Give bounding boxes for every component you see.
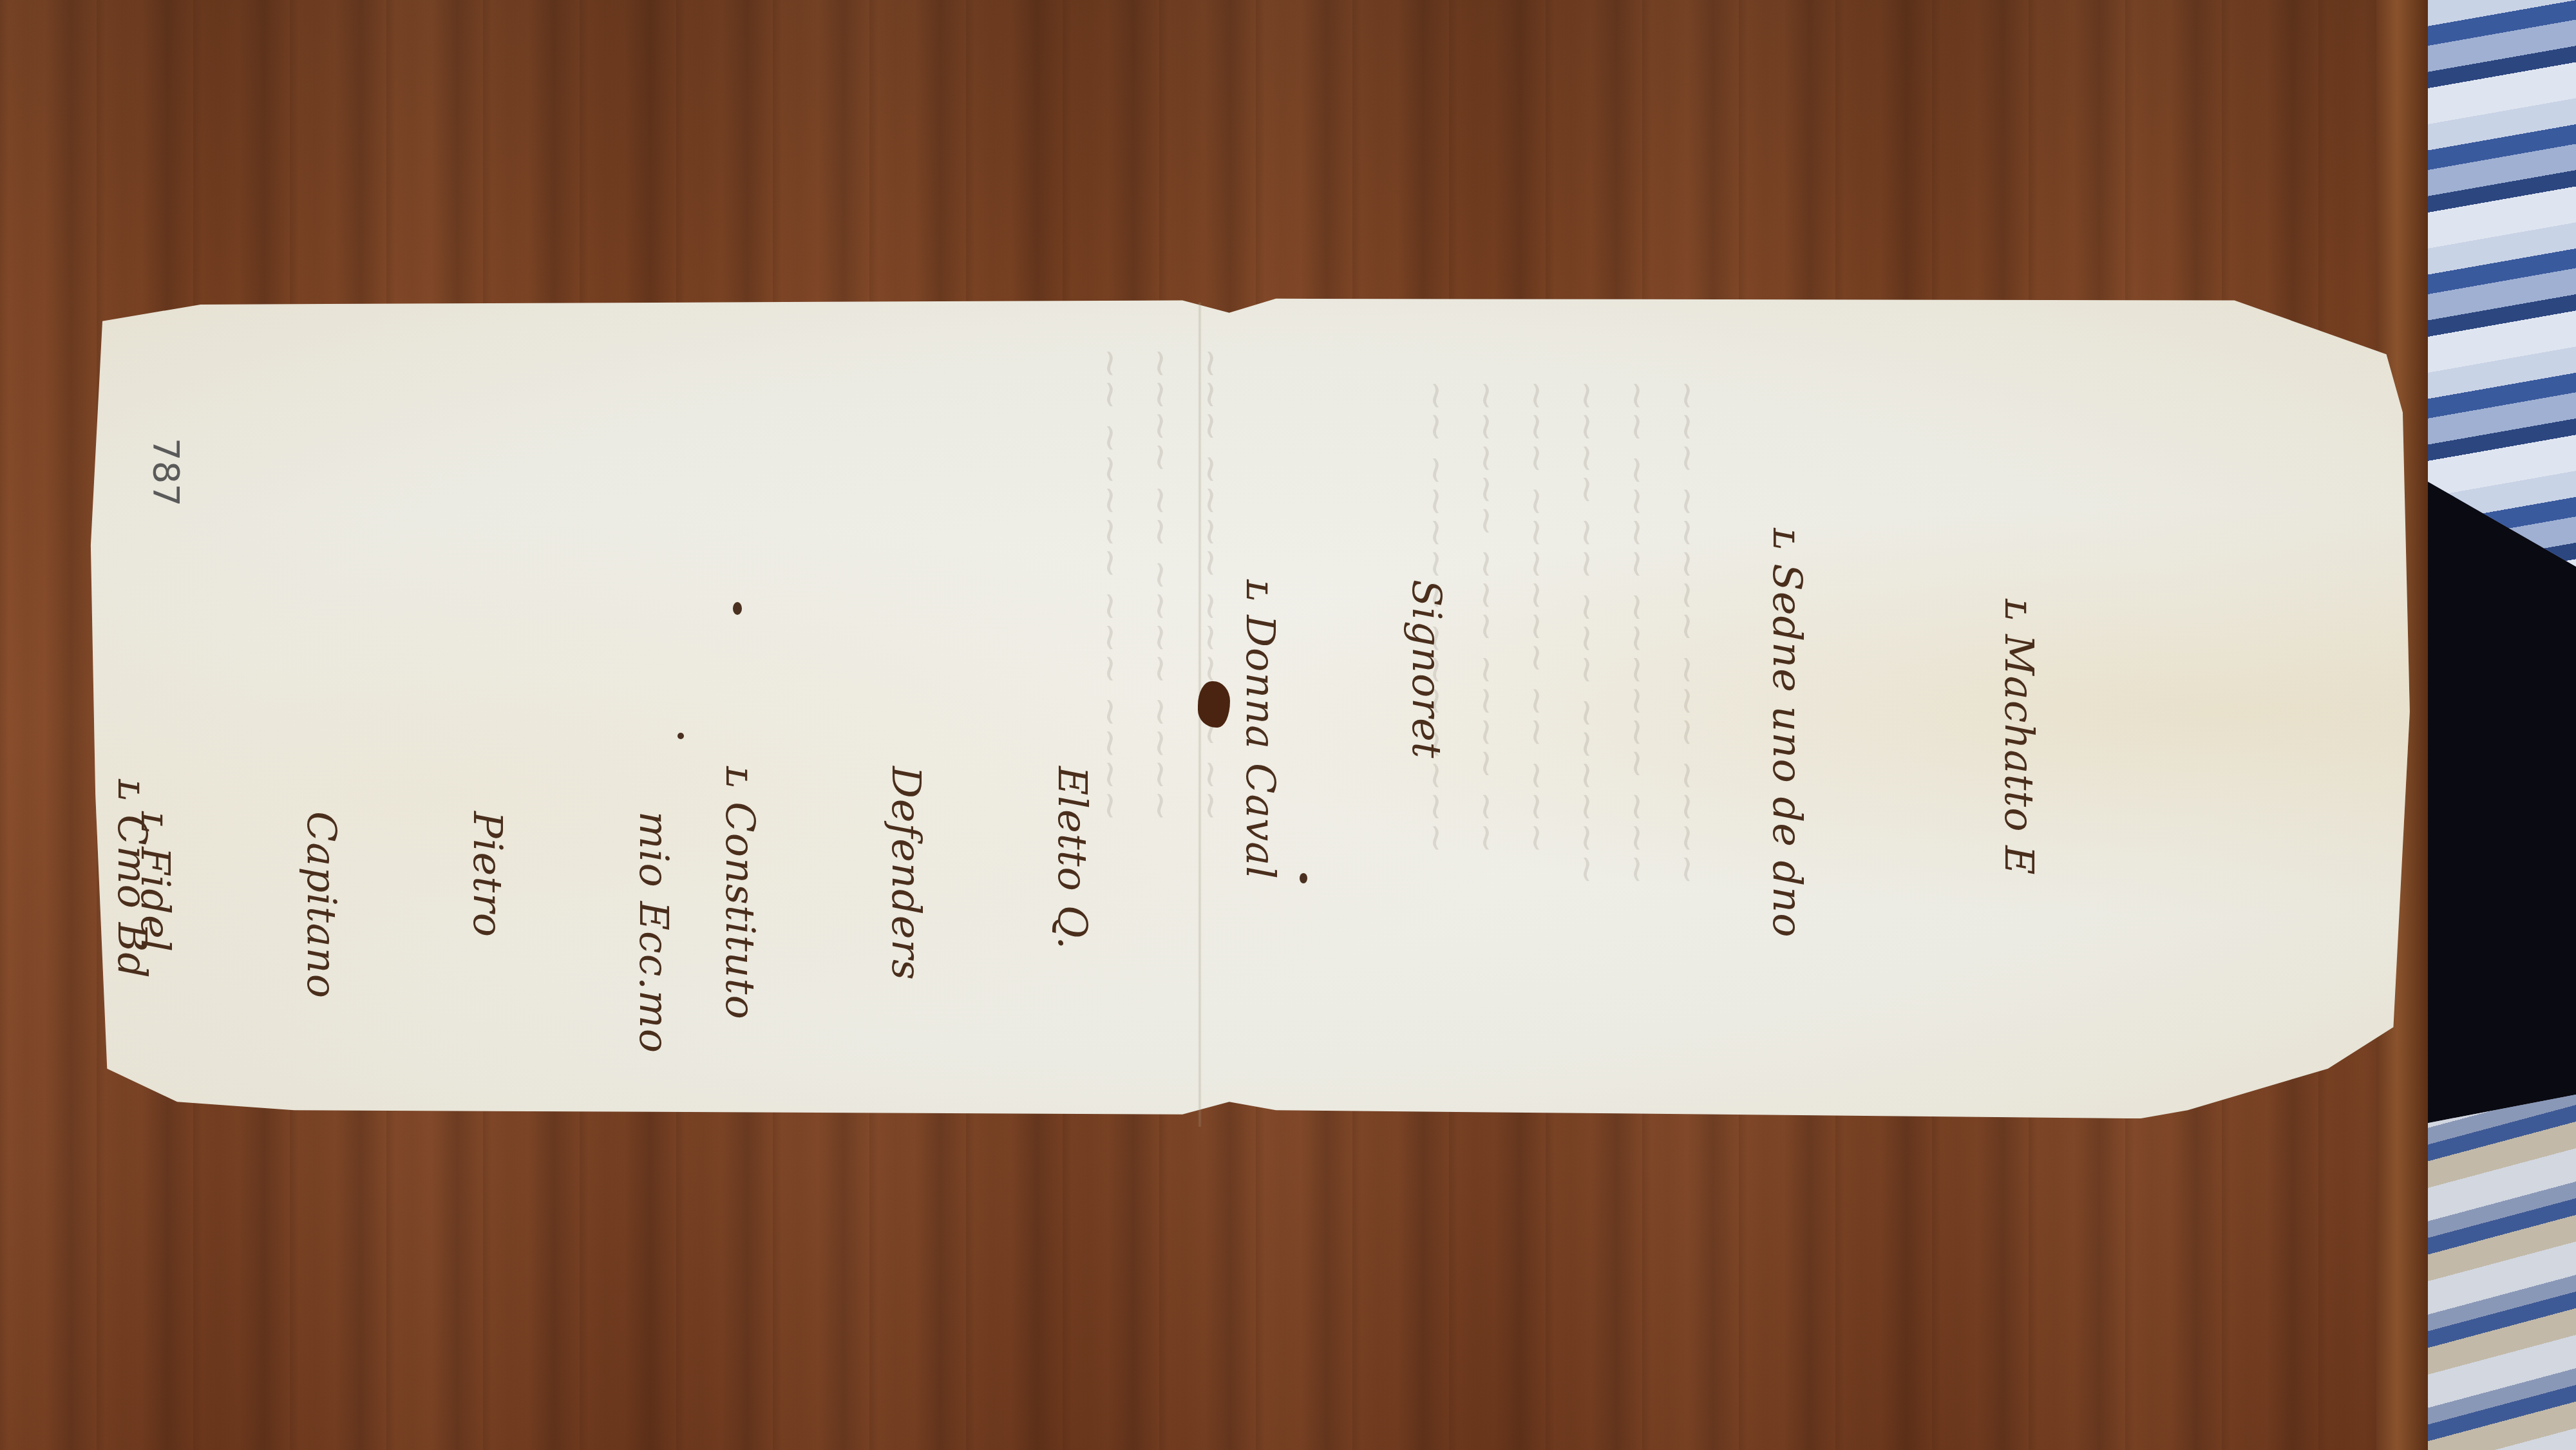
plaid-fabric	[2428, 0, 2576, 1450]
note-line: ʟ Machatto E	[1991, 599, 2047, 876]
note-line: ʟ Donna Caval	[1233, 579, 1288, 880]
paper-hole	[1198, 681, 1230, 728]
note-line: Capitano	[294, 811, 349, 1053]
ink-spot	[1300, 873, 1307, 883]
handwritten-note-5: ʟ Sedne uno de dno	[1704, 528, 1926, 938]
note-line: Defenders	[878, 766, 934, 1020]
handwritten-note-6: ʟ Machatto E	[1936, 599, 2157, 876]
note-line: Pietro	[460, 811, 515, 1053]
note-line: Eletto Q.	[1045, 766, 1100, 1020]
note-line: ʟ Constituto	[712, 766, 768, 1020]
folio-number: 787	[145, 438, 187, 507]
ink-spot	[733, 602, 742, 615]
handwritten-note-4: Signoret ʟ Donna Caval	[1177, 579, 1565, 880]
plaid-fabric-top	[2428, 0, 2576, 567]
note-line: Signoret	[1399, 579, 1454, 880]
handwritten-note-3: Eletto Q. Defenders ʟ Constituto	[657, 766, 1211, 1020]
ink-spot	[677, 733, 684, 739]
plaid-fabric-bottom	[2428, 1095, 2576, 1450]
note-line: ʟ Fidel	[128, 811, 183, 1053]
note-line: ʟ Sedne uno de dno	[1759, 528, 1815, 938]
